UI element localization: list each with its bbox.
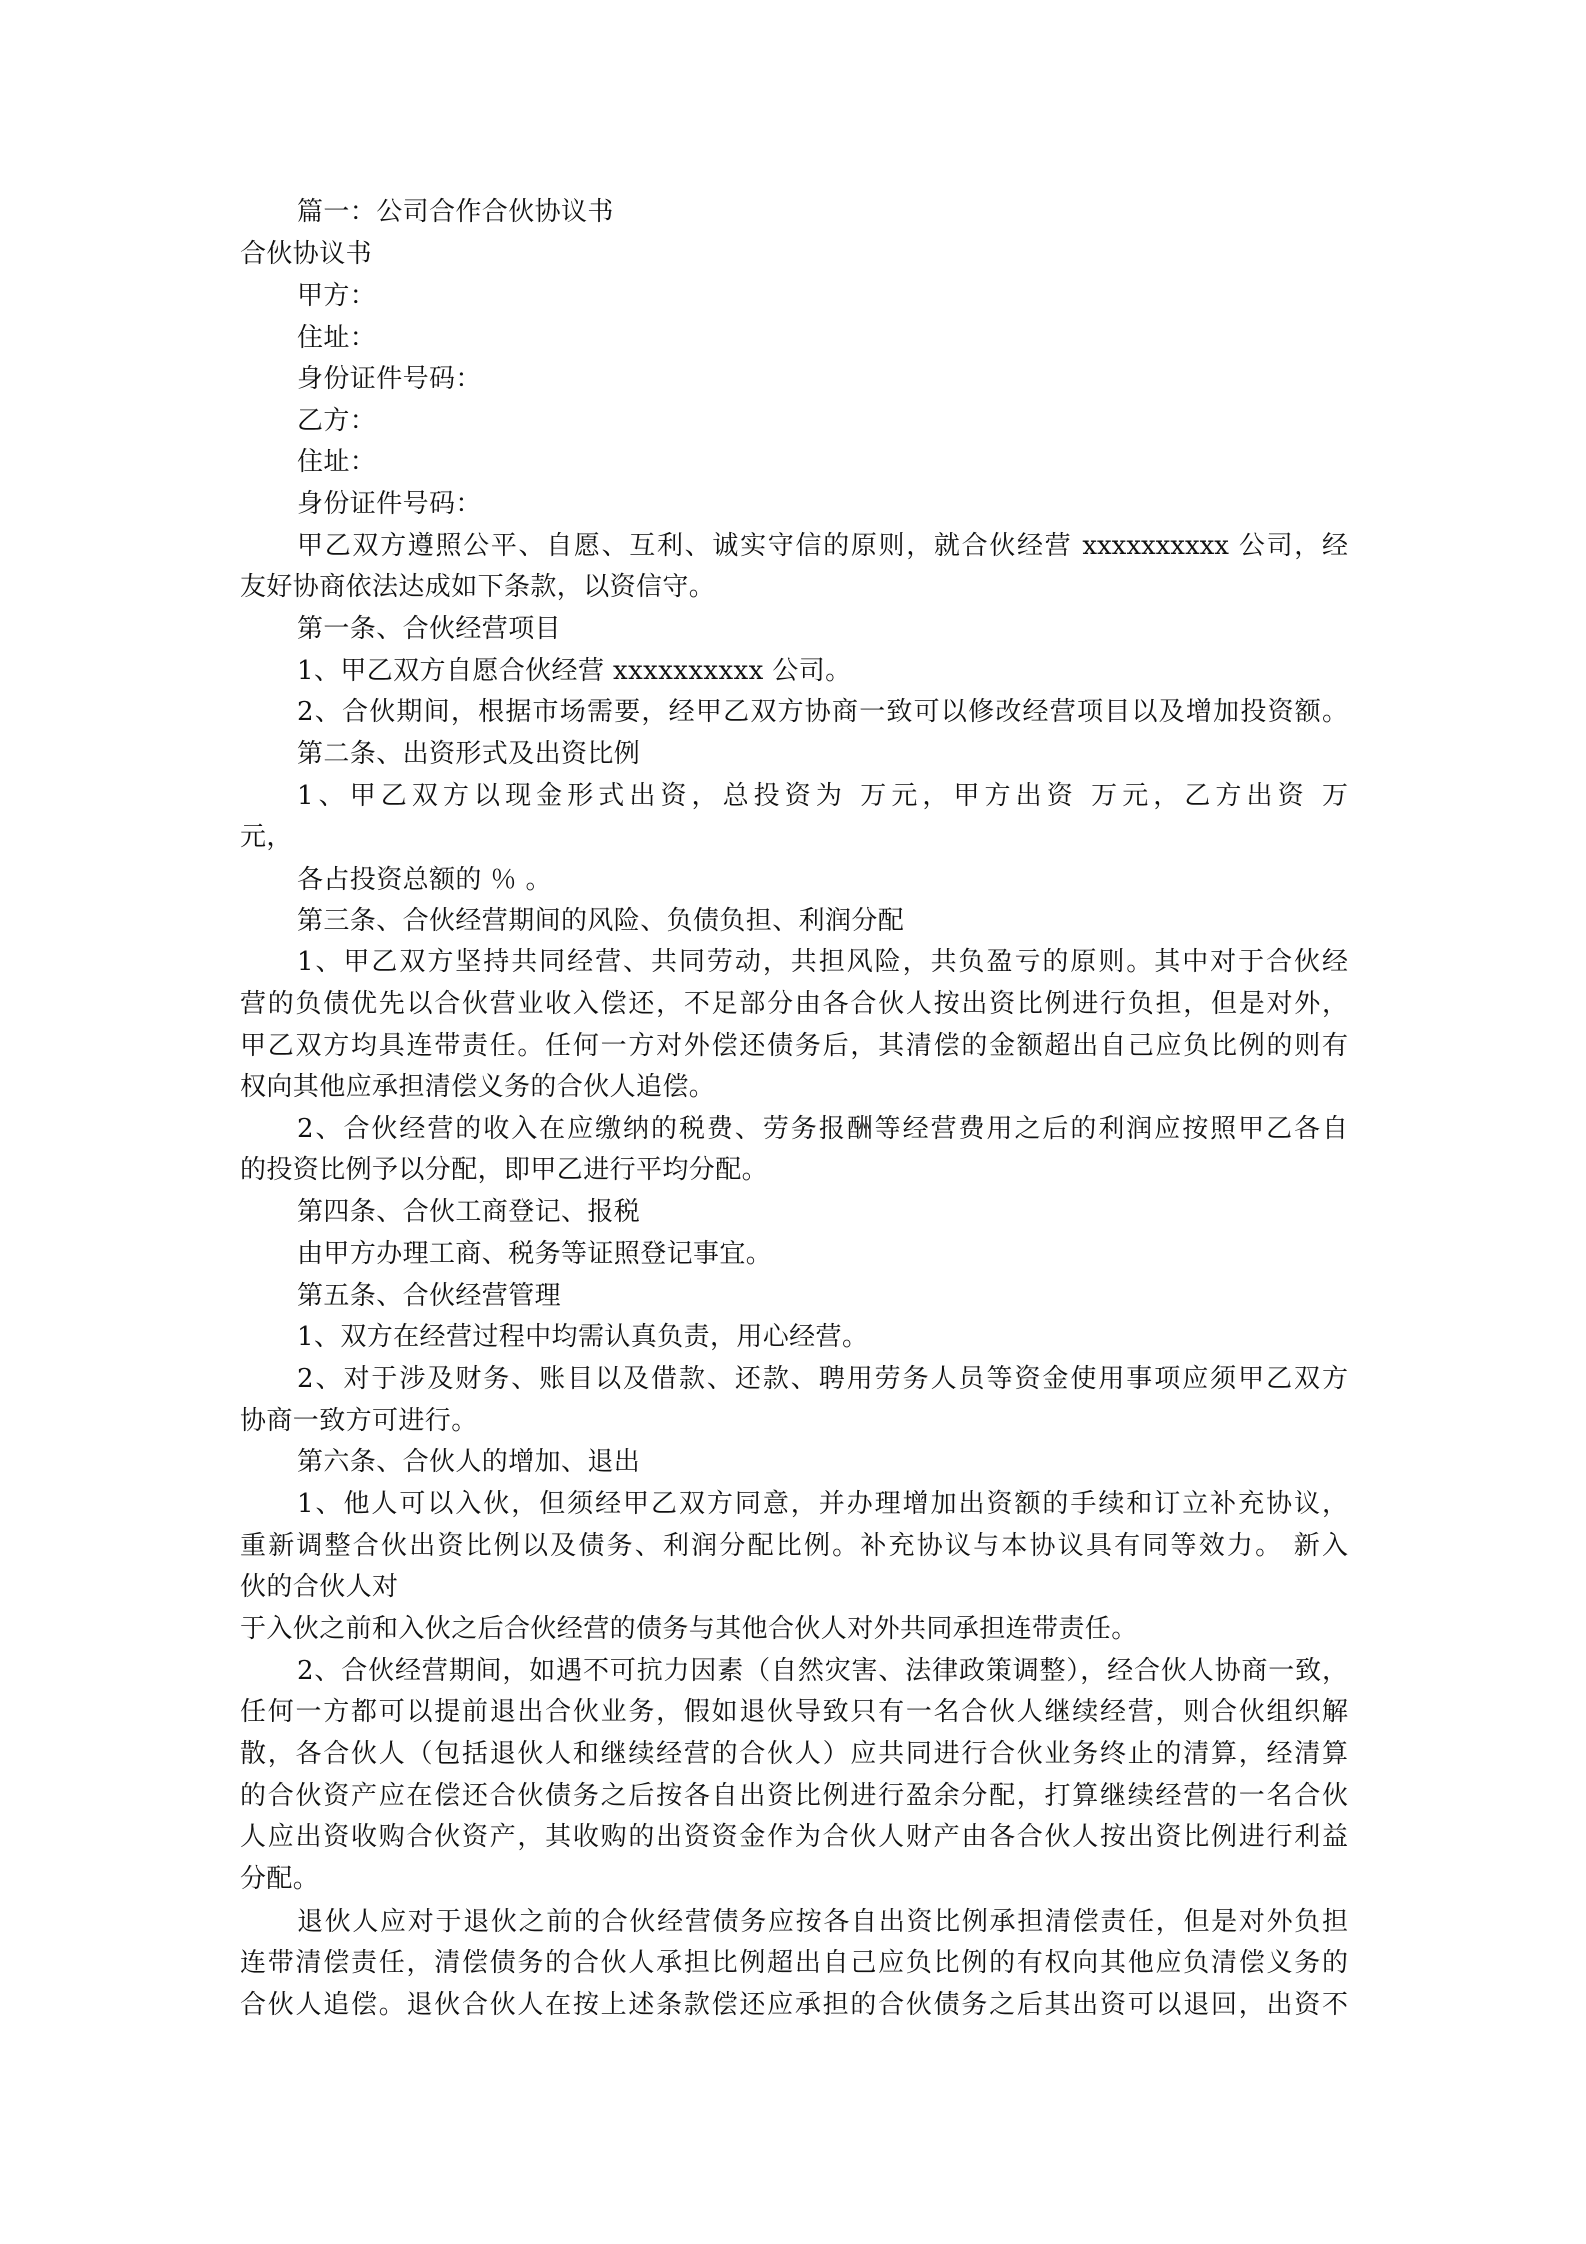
text-line: 甲乙双方均具连带责任。任何一方对外偿还债务后，其清偿的金额超出自己应负比例的则有: [240, 1026, 1348, 1066]
text-line: 身份证件号码：: [297, 484, 1348, 524]
text-line: 元，: [240, 817, 1348, 857]
text-line: 的投资比例予以分配，即甲乙进行平均分配。: [240, 1150, 1348, 1190]
text-line: 1、甲乙双方以现金形式出资，总投资为 万元，甲方出资 万元，乙方出资 万: [297, 776, 1348, 816]
text-line: 第六条、合伙人的增加、退出: [297, 1442, 1348, 1482]
text-line: 1、他人可以入伙，但须经甲乙双方同意，并办理增加出资额的手续和订立补充协议，: [297, 1484, 1348, 1524]
text-line: 2、合伙经营期间，如遇不可抗力因素（自然灾害、法律政策调整），经合伙人协商一致，: [297, 1651, 1348, 1691]
text-line: 分配。: [240, 1859, 1348, 1899]
text-line: 的合伙资产应在偿还合伙债务之后按各自出资比例进行盈余分配，打算继续经营的一名合伙: [240, 1776, 1348, 1816]
text-line: 营的负债优先以合伙营业收入偿还，不足部分由各合伙人按出资比例进行负担，但是对外，: [240, 984, 1348, 1024]
text-line: 2、合伙期间，根据市场需要，经甲乙双方协商一致可以修改经营项目以及增加投资额。: [297, 692, 1348, 732]
document-page: 篇一：公司合作合伙协议书合伙协议书甲方：住址：身份证件号码：乙方：住址：身份证件…: [0, 0, 1586, 2244]
text-line: 人应出资收购合伙资产，其收购的出资资金作为合伙人财产由各合伙人按出资比例进行利益: [240, 1817, 1348, 1857]
text-line: 乙方：: [297, 401, 1348, 441]
text-line: 身份证件号码：: [297, 359, 1348, 399]
text-line: 由甲方办理工商、税务等证照登记事宜。: [297, 1234, 1348, 1274]
text-line: 甲乙双方遵照公平、自愿、互利、诚实守信的原则，就合伙经营 xxxxxxxxxx …: [297, 526, 1348, 566]
text-line: 退伙人应对于退伙之前的合伙经营债务应按各自出资比例承担清偿责任，但是对外负担: [297, 1902, 1348, 1942]
text-line: 合伙人追偿。退伙合伙人在按上述条款偿还应承担的合伙债务之后其出资可以退回，出资不: [240, 1985, 1348, 2025]
text-line: 权向其他应承担清偿义务的合伙人追偿。: [240, 1067, 1348, 1107]
text-line: 第四条、合伙工商登记、报税: [297, 1192, 1348, 1232]
text-line: 协商一致方可进行。: [240, 1401, 1348, 1441]
document-title: 合伙协议书: [240, 234, 1348, 274]
text-line: 第一条、合伙经营项目: [297, 609, 1348, 649]
text-line: 住址：: [297, 318, 1348, 358]
text-line: 甲方：: [297, 276, 1348, 316]
text-line: 各占投资总额的 ％ 。: [297, 860, 1348, 900]
document-heading: 篇一：公司合作合伙协议书: [297, 192, 1348, 232]
text-line: 伙的合伙人对: [240, 1567, 1348, 1607]
text-line: 第三条、合伙经营期间的风险、负债负担、利润分配: [297, 901, 1348, 941]
text-line: 1、双方在经营过程中均需认真负责，用心经营。: [297, 1317, 1348, 1357]
text-line: 2、对于涉及财务、账目以及借款、还款、聘用劳务人员等资金使用事项应须甲乙双方: [297, 1359, 1348, 1399]
text-line: 于入伙之前和入伙之后合伙经营的债务与其他合伙人对外共同承担连带责任。: [240, 1609, 1348, 1649]
text-line: 任何一方都可以提前退出合伙业务，假如退伙导致只有一名合伙人继续经营，则合伙组织解: [240, 1692, 1348, 1732]
text-line: 第五条、合伙经营管理: [297, 1276, 1348, 1316]
text-line: 友好协商依法达成如下条款，以资信守。: [240, 567, 1348, 607]
text-line: 连带清偿责任，清偿债务的合伙人承担比例超出自己应负比例的有权向其他应负清偿义务的: [240, 1943, 1348, 1983]
text-line: 重新调整合伙出资比例以及债务、利润分配比例。补充协议与本协议具有同等效力。 新入: [240, 1526, 1348, 1566]
text-line: 散，各合伙人（包括退伙人和继续经营的合伙人）应共同进行合伙业务终止的清算，经清算: [240, 1734, 1348, 1774]
text-line: 住址：: [297, 442, 1348, 482]
text-line: 1、甲乙双方自愿合伙经营 xxxxxxxxxx 公司。: [297, 651, 1348, 691]
text-line: 2、合伙经营的收入在应缴纳的税费、劳务报酬等经营费用之后的利润应按照甲乙各自: [297, 1109, 1348, 1149]
text-line: 第二条、出资形式及出资比例: [297, 734, 1348, 774]
text-line: 1、甲乙双方坚持共同经营、共同劳动，共担风险，共负盈亏的原则。其中对于合伙经: [297, 942, 1348, 982]
